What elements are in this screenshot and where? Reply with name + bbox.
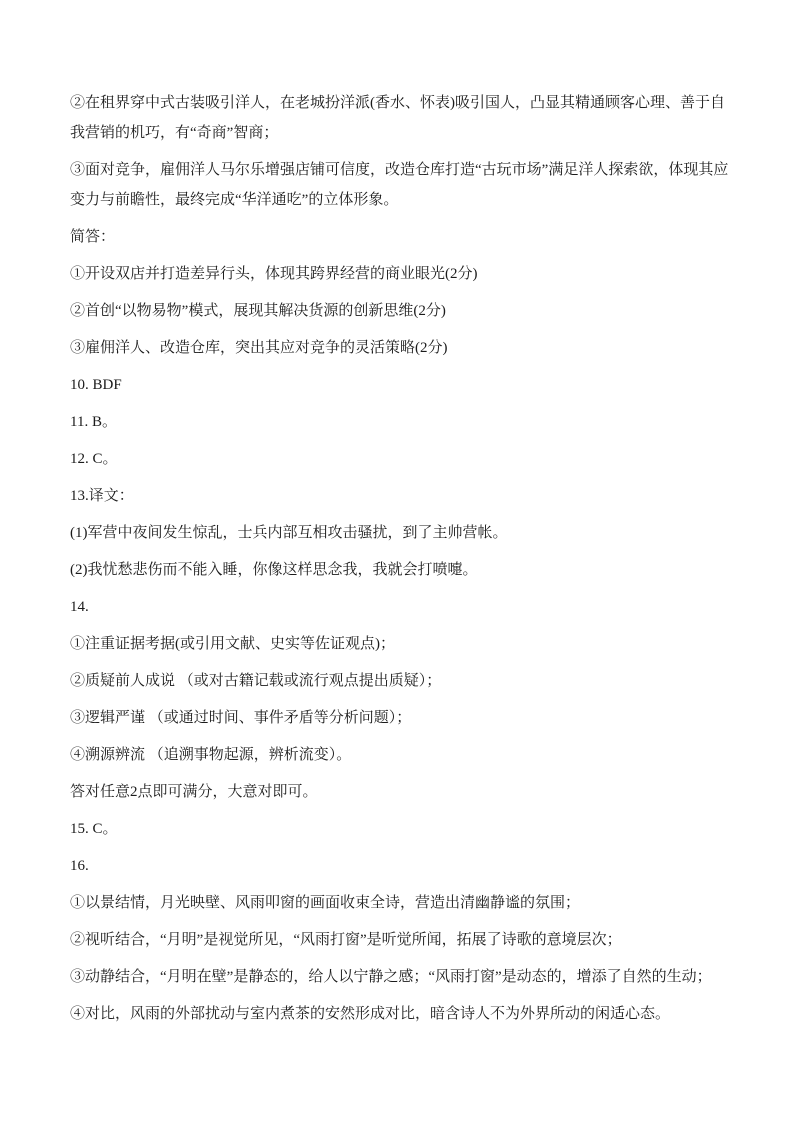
translation-1: (1)军营中夜间发生惊乱，士兵内部互相攻击骚扰，到了主帅营帐。 xyxy=(70,518,734,548)
q16-point-1: ①以景结情，月光映壁、风雨叩窗的画面收束全诗，营造出清幽静谧的氛围； xyxy=(70,888,734,918)
short-answer-1: ①开设双店并打造差异行头，体现其跨界经营的商业眼光(2分) xyxy=(70,259,734,289)
q16-point-2: ②视听结合，“月明”是视觉所见，“风雨打窗”是听觉所闻，拓展了诗歌的意境层次； xyxy=(70,925,734,955)
q14-point-4: ④溯源辨流 （追溯事物起源，辨析流变）。 xyxy=(70,740,734,770)
q9-point-2: ②在租界穿中式古装吸引洋人，在老城扮洋派(香水、怀表)吸引国人，凸显其精通顾客心… xyxy=(70,88,734,148)
short-answer-2: ②首创“以物易物”模式，展现其解决货源的创新思维(2分) xyxy=(70,296,734,326)
answer-12: 12. C。 xyxy=(70,444,734,474)
answer-14-label: 14. xyxy=(70,592,734,622)
document-page: ②在租界穿中式古装吸引洋人，在老城扮洋派(香水、怀表)吸引国人，凸显其精通顾客心… xyxy=(0,0,800,1131)
q14-point-1: ①注重证据考据(或引用文献、史实等佐证观点)； xyxy=(70,629,734,659)
q14-point-3: ③逻辑严谨 （或通过时间、事件矛盾等分析问题）； xyxy=(70,703,734,733)
q14-point-2: ②质疑前人成说 （或对古籍记载或流行观点提出质疑）； xyxy=(70,666,734,696)
short-answer-3: ③雇佣洋人、改造仓库，突出其应对竞争的灵活策略(2分) xyxy=(70,333,734,363)
answer-10: 10. BDF xyxy=(70,370,734,400)
q14-scoring-note: 答对任意2点即可满分，大意对即可。 xyxy=(70,777,734,807)
q16-point-4: ④对比，风雨的外部扰动与室内煮茶的安然形成对比，暗含诗人不为外界所动的闲适心态。 xyxy=(70,999,734,1029)
answer-15: 15. C。 xyxy=(70,814,734,844)
answer-13-label: 13.译文： xyxy=(70,481,734,511)
answer-key-document: ②在租界穿中式古装吸引洋人，在老城扮洋派(香水、怀表)吸引国人，凸显其精通顾客心… xyxy=(70,88,734,1029)
answer-16-label: 16. xyxy=(70,851,734,881)
answer-11: 11. B。 xyxy=(70,407,734,437)
translation-2: (2)我忧愁悲伤而不能入睡，你像这样思念我，我就会打喷嚏。 xyxy=(70,555,734,585)
short-answer-label: 简答： xyxy=(70,222,734,252)
q9-point-3: ③面对竞争，雇佣洋人马尔乐增强店铺可信度，改造仓库打造“古玩市场”满足洋人探索欲… xyxy=(70,155,734,215)
q16-point-3: ③动静结合，“月明在壁”是静态的，给人以宁静之感；“风雨打窗”是动态的，增添了自… xyxy=(70,962,734,992)
